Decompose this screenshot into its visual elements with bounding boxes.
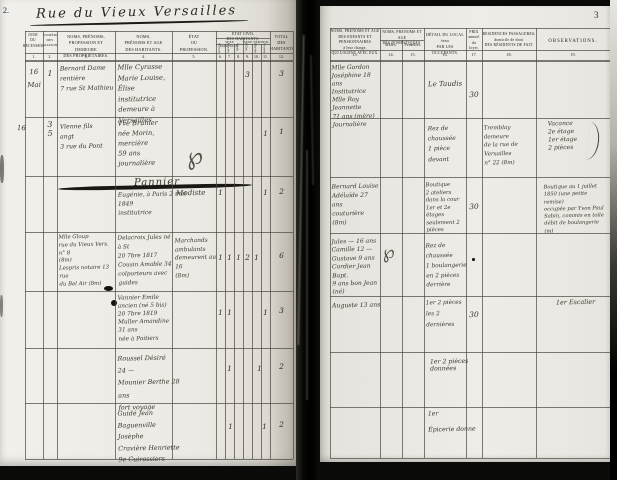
row-observations: Boutique au 1 juillet 1850 (une petite r…	[543, 183, 604, 235]
grid-line	[536, 28, 537, 458]
grid-line	[330, 458, 610, 459]
grid-line	[330, 28, 610, 29]
count-total: 2	[271, 362, 292, 371]
grid-line	[25, 291, 293, 292]
header-num-7: 7.	[225, 54, 234, 59]
left-page-scan: 2. Rue du Vieux Versailles JOUR DU RECEN…	[0, 0, 296, 466]
header-num-18: 18.	[482, 52, 536, 57]
grid-line	[261, 44, 262, 459]
grid-line	[25, 60, 293, 62]
grid-line	[424, 28, 425, 458]
header-numeros: NUMÉROS DES MAISONS.	[43, 33, 57, 48]
grid-line	[25, 232, 293, 233]
grid-line	[330, 233, 610, 234]
count-total: 1	[271, 127, 292, 136]
header-num-17: 17.	[466, 52, 482, 57]
row-maison: 3 5	[44, 120, 56, 139]
count-hommes-maries: 1	[225, 253, 234, 262]
row-local: 1er Épicerie donne	[428, 405, 481, 438]
grid-line	[402, 40, 403, 458]
count-hommes-maries: 1	[225, 364, 234, 373]
edge-smudge	[0, 155, 4, 183]
header-males: Mâles.	[380, 42, 402, 48]
count-veuves: 1	[261, 129, 270, 138]
grid-line	[25, 31, 26, 459]
count-total: 3	[271, 306, 292, 315]
right-page-number: 3	[594, 10, 599, 20]
header-num-11: 11.	[261, 54, 270, 59]
row-habitants: Delacroix Jules né à St 20 7bre 1817 Cou…	[117, 233, 174, 288]
grid-line	[25, 459, 293, 460]
row-habitants: Vannier Emile ancien (né 5 bis) 20 7bre …	[117, 293, 174, 343]
header-num-19: 19.	[536, 52, 610, 57]
grid-line	[330, 407, 610, 408]
header-num-6: 6.	[216, 54, 225, 59]
grid-line	[225, 44, 226, 459]
row-prix: 30	[466, 202, 482, 211]
left-page-number: 2.	[3, 6, 9, 15]
row-local: Rez de chaussée 1 pièce devant	[428, 124, 467, 166]
street-title-handwritten: Rue du Vieux Versailles	[36, 3, 237, 22]
grid-line	[380, 40, 424, 41]
row-proprietaire: Vienne fils angt 3 rue du Pont	[60, 121, 115, 152]
ink-paraph: ℘	[184, 141, 204, 171]
header-observations: OBSERVATIONS.	[536, 38, 610, 45]
row-habitants: Vve Brunier née Morin, mercière 59 ans j…	[117, 118, 176, 169]
row-prix: 30	[466, 90, 482, 99]
grid-line	[270, 31, 271, 459]
count-hommes-maries: 1	[225, 308, 234, 317]
grid-line	[243, 38, 244, 459]
grid-line	[466, 28, 467, 458]
grid-line	[330, 50, 610, 51]
row-profession: Marchands ambulants demeurent au 16 (8m)	[175, 237, 218, 281]
header-num-15: 15.	[402, 52, 424, 57]
count-total: 3	[271, 69, 292, 78]
header-prix-loyer: PRIX annuel du loyer.	[466, 30, 482, 51]
ink-blot	[111, 300, 117, 306]
grid-line	[330, 28, 331, 458]
header-residences-passageres: RÉSIDENCES PASSAGÈRES; domicile de droit…	[482, 32, 536, 49]
header-num-12: 12.	[270, 54, 293, 59]
count-garcons: 1	[216, 253, 225, 262]
row-local: Boutique 2 ateliers dans la cour 1er et …	[425, 182, 466, 236]
edge-smudge	[0, 295, 3, 317]
grid-line	[330, 296, 610, 297]
header-num-5: 5.	[172, 54, 216, 59]
row-local: Rez de chaussée 1 boulangerie en 2 pièce…	[425, 242, 468, 292]
header-num-8: 8.	[234, 54, 243, 59]
header-etat-profession: ÉTAT OU PROFESSION.	[173, 34, 215, 53]
grid-line	[330, 60, 610, 62]
count-filles: 2	[243, 253, 252, 262]
count-femmes-mariees: 1	[252, 253, 261, 262]
row-maison: 1	[44, 69, 56, 78]
book-right-edge	[610, 0, 617, 480]
header-jour: JOUR DU RECENSEMENT.	[23, 33, 43, 49]
grid-line	[25, 31, 293, 32]
count-garcons: 1	[216, 188, 225, 197]
row-enfants: Mlle Gordon Joséphine 18 ans Institutric…	[331, 64, 380, 130]
header-num-14: 14.	[380, 52, 402, 57]
ink-speck	[472, 258, 475, 261]
row-profession: Modiste	[176, 188, 216, 198]
row-local: 1er 2 pièces les 2 dernières	[426, 298, 469, 332]
grid-line	[43, 31, 44, 459]
grid-line	[252, 44, 253, 459]
grid-line	[234, 44, 235, 459]
header-num-13: 13.	[330, 52, 380, 57]
header-num-1: 1.	[25, 54, 43, 59]
grid-line	[25, 176, 293, 177]
row-enfants: Jules — 16 ans Camille 12 — Gustave 9 an…	[331, 238, 380, 298]
grid-line	[482, 28, 483, 458]
grid-line	[25, 348, 293, 349]
grid-line	[380, 28, 381, 458]
row-residences: Tremblay demeure de la rue de Versailles…	[484, 123, 537, 167]
count-total: 6	[271, 251, 292, 260]
grid-line	[25, 53, 293, 54]
grid-line	[25, 117, 293, 118]
count-veuves: 1	[261, 308, 270, 317]
count-total: 2	[271, 187, 292, 196]
grid-line	[25, 403, 293, 404]
grid-line	[172, 31, 173, 459]
count-garcons: 1	[216, 308, 225, 317]
count-femmes-mariees: 1	[255, 364, 264, 373]
row-proprietaire: Bernard Dame rentière 7 rue St Mathieu	[60, 63, 115, 94]
right-page-scan: 3 NOMS, PRÉNOMS ET AGE DES ENFANTS ET PE…	[320, 6, 610, 462]
header-habitants: NOMS, PRÉNOMS ET AGE DES HABITANTS.	[116, 34, 171, 53]
header-total: TOTAL DES HABITANTS.	[270, 34, 293, 52]
ink-paraph: ℘	[381, 241, 396, 264]
count-filles: 3	[243, 70, 252, 79]
grid-line	[115, 31, 116, 459]
grid-line	[216, 44, 270, 45]
row-jour: 16 Mai	[26, 66, 43, 93]
header-num-4: 4.	[115, 54, 172, 59]
gutter-paper-edge	[306, 150, 308, 400]
count-veuves: 1	[261, 188, 270, 197]
grid-line	[330, 177, 610, 178]
header-femelles: Femelles.	[402, 42, 424, 48]
header-num-3: 3.	[57, 54, 115, 59]
grid-line	[293, 31, 294, 459]
row-enfants: Auguste 13 ans	[332, 301, 382, 309]
row-observations: 1er Escalier	[556, 297, 608, 306]
grid-line	[216, 38, 270, 39]
grid-line	[57, 31, 58, 459]
header-num-10: 10.	[252, 54, 261, 59]
count-veufs: 1	[234, 253, 243, 262]
grid-line	[330, 118, 610, 119]
row-proprietaire: Mlle Gloup rue du Vieux Vers. n° 8 (8m) …	[58, 233, 115, 289]
grid-line	[330, 352, 610, 353]
header-num-16: 16.	[424, 52, 466, 57]
header-num-2: 2.	[43, 54, 57, 59]
row-prix: 30	[466, 310, 482, 319]
header-num-9: 9.	[243, 54, 252, 59]
row-enfants: Bernard Louise Adélaïde 27 ans couturièr…	[332, 182, 381, 228]
row-local: Le Taudis	[428, 80, 464, 89]
grid-line	[216, 31, 217, 459]
count-total: 2	[271, 420, 292, 429]
